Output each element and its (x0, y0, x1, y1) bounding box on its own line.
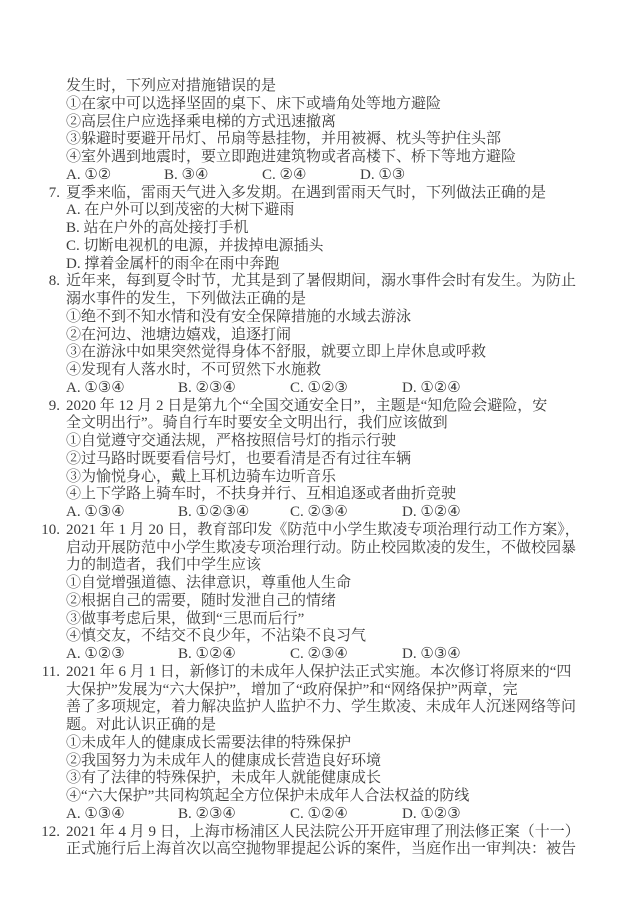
option-item: B. ②③④ (178, 380, 290, 398)
text-line: ①自觉增强道德、法律意识，尊重他人生命 (0, 575, 617, 593)
text-line: 发生时，下列应对措施错误的是 (0, 78, 617, 96)
question-text: 夏季来临，雷雨天气进入多发期。在遇到雷雨天气时，下列做法正确的是 (66, 185, 546, 201)
option-item: B. ①②③④ (178, 504, 290, 522)
text-line: 启动开展防范中小学生欺凌专项治理行动。防止校园欺凌的发生，不做校园暴 (0, 540, 617, 558)
text-line: ②在河边、池塘边嬉戏，追逐打闹 (0, 327, 617, 345)
text-line-content: ②我国努力为未成年人的健康成长营造良好环境 (66, 753, 381, 769)
text-line: ③躲避时要避开吊灯、吊扇等悬挂物，并用被褥、枕头等护住头部 (0, 131, 617, 149)
question-line: 10.2021 年 1 月 20 日，教育部印发《防范中小学生欺凌专项治理行动工… (0, 522, 617, 540)
option-item: D. ①③④ (402, 646, 514, 664)
option-item: B. ②③④ (178, 806, 290, 824)
text-line-content: ①未成年人的健康成长需要法律的特殊保护 (66, 735, 351, 751)
text-line: ④“六大保护”共同构筑起全方位保护未成年人合法权益的防线 (0, 788, 617, 806)
text-line: ③为愉悦身心，戴上耳机边骑车边听音乐 (0, 469, 617, 487)
question-number: 7. (0, 185, 60, 203)
text-line: ①未成年人的健康成长需要法律的特殊保护 (0, 735, 617, 753)
text-line: A. 在户外可以到茂密的大树下避雨 (0, 202, 617, 220)
option-item: B. ③④ (164, 167, 262, 185)
text-line-content: 善了多项规定，着力解决监护人监护不力、学生欺凌、未成年人沉迷网络等问 (66, 699, 576, 715)
question-text: 2021 年 1 月 20 日，教育部印发《防范中小学生欺凌专项治理行动工作方案… (66, 522, 580, 538)
options-row: A. ①②B. ③④C. ②④D. ①③ (0, 167, 617, 185)
option-item: D. ①③ (360, 167, 458, 185)
option-item: C. ②③④ (290, 504, 402, 522)
text-line: C. 切断电视机的电源，并拔掉电源插头 (0, 238, 617, 256)
text-line: ④上下学路上骑车时，不扶身并行、互相追逐或者曲折竞驶 (0, 486, 617, 504)
text-line-content: ①在家中可以选择坚固的桌下、床下或墙角处等地方避险 (66, 96, 441, 112)
text-line-content: 发生时，下列应对措施错误的是 (66, 78, 276, 94)
text-line-content: ④室外遇到地震时，要立即跑进建筑物或者高楼下、桥下等地方避险 (66, 149, 516, 165)
question-line: 9.2020 年 12 月 2 日是第九个“全国交通安全日”，主题是“知危险会避… (0, 398, 617, 416)
text-line: ③在游泳中如果突然觉得身体不舒服，就要立即上岸休息或呼救 (0, 344, 617, 362)
option-item: D. ①②④ (402, 380, 514, 398)
option-item: D. ①②④ (402, 504, 514, 522)
option-item: A. ①③④ (66, 806, 178, 824)
text-line-content: ①自觉遵守交通法规，严格按照信号灯的指示行驶 (66, 433, 396, 449)
text-line: ④发现有人落水时，不可贸然下水施救 (0, 362, 617, 380)
text-line: ②高层住户应选择乘电梯的方式迅速撤离 (0, 114, 617, 132)
question-line: 12.2021 年 4 月 9 日，上海市杨浦区人民法院公开开庭审理了刑法修正案… (0, 824, 617, 842)
text-line-content: ③有了法律的特殊保护，未成年人就能健康成长 (66, 770, 381, 786)
text-line: 大保护”发展为“六大保护”，增加了“政府保护”和“网络保护”两章，完 (0, 682, 617, 700)
text-line-content: ④发现有人落水时，不可贸然下水施救 (66, 362, 321, 378)
text-line: 力的制造者，我们中学生应该 (0, 557, 617, 575)
options-row: A. ①③④B. ②③④C. ①②③D. ①②④ (0, 380, 617, 398)
text-line: 正式施行后上海首次以高空抛物罪提起公诉的案件，当庭作出一审判决：被告 (0, 841, 617, 859)
text-line: D. 撑着金属杆的雨伞在雨中奔跑 (0, 256, 617, 274)
text-line-content: ②高层住户应选择乘电梯的方式迅速撤离 (66, 114, 336, 130)
text-line-content: ②根据自己的需要，随时发泄自己的情绪 (66, 593, 336, 609)
text-line-content: ④慎交友，不结交不良少年，不沾染不良习气 (66, 628, 366, 644)
text-line-content: D. 撑着金属杆的雨伞在雨中奔跑 (66, 256, 279, 272)
text-line-content: ②在河边、池塘边嬉戏，追逐打闹 (66, 327, 291, 343)
text-line-content: C. 切断电视机的电源，并拔掉电源插头 (66, 238, 324, 254)
question-line: 11.2021 年 6 月 1 日，新修订的未成年人保护法正式实施。本次修订将原… (0, 664, 617, 682)
text-line-content: ④“六大保护”共同构筑起全方位保护未成年人合法权益的防线 (66, 788, 469, 804)
text-line: ①绝不到不知水情和没有安全保障措施的水域去游泳 (0, 309, 617, 327)
text-line: ③有了法律的特殊保护，未成年人就能健康成长 (0, 770, 617, 788)
question-number: 11. (0, 664, 60, 682)
question-text: 2021 年 6 月 1 日，新修订的未成年人保护法正式实施。本次修订将原来的“… (66, 664, 571, 680)
question-number: 10. (0, 522, 60, 540)
options-row: A. ①③④B. ①②③④C. ②③④D. ①②④ (0, 504, 617, 522)
option-item: C. ①②④ (290, 806, 402, 824)
text-line: 全文明出行”。骑自行车时要安全文明出行，我们应该做到 (0, 415, 617, 433)
text-line: ②过马路时既要看信号灯，也要看清是否有过往车辆 (0, 451, 617, 469)
question-number: 8. (0, 273, 60, 291)
text-line-content: ④上下学路上骑车时，不扶身并行、互相追逐或者曲折竞驶 (66, 486, 456, 502)
question-line: 8.近年来，每到夏令时节，尤其是到了暑假期间，溺水事件会时有发生。为防止 (0, 273, 617, 291)
text-line: 题。对此认识正确的是 (0, 717, 617, 735)
text-line: ④慎交友，不结交不良少年，不沾染不良习气 (0, 628, 617, 646)
text-line: ④室外遇到地震时，要立即跑进建筑物或者高楼下、桥下等地方避险 (0, 149, 617, 167)
question-text: 2021 年 4 月 9 日，上海市杨浦区人民法院公开开庭审理了刑法修正案（十一… (66, 824, 580, 840)
text-line: 善了多项规定，着力解决监护人监护不力、学生欺凌、未成年人沉迷网络等问 (0, 699, 617, 717)
exam-document: 发生时，下列应对措施错误的是①在家中可以选择坚固的桌下、床下或墙角处等地方避险②… (0, 78, 617, 859)
text-line-content: A. 在户外可以到茂密的大树下避雨 (66, 202, 294, 218)
text-line-content: ①自觉增强道德、法律意识，尊重他人生命 (66, 575, 351, 591)
option-item: D. ①②③ (402, 806, 514, 824)
text-line-content: ②过马路时既要看信号灯，也要看清是否有过往车辆 (66, 451, 411, 467)
question-number: 12. (0, 824, 60, 842)
question-number: 9. (0, 398, 60, 416)
text-line-content: ③躲避时要避开吊灯、吊扇等悬挂物，并用被褥、枕头等护住头部 (66, 131, 501, 147)
options-row: A. ①②③B. ①②④C. ②③④D. ①③④ (0, 646, 617, 664)
option-item: B. ①②④ (178, 646, 290, 664)
option-item: C. ②③④ (290, 646, 402, 664)
text-line: ②根据自己的需要，随时发泄自己的情绪 (0, 593, 617, 611)
text-line-content: ③在游泳中如果突然觉得身体不舒服，就要立即上岸休息或呼救 (66, 344, 486, 360)
text-line: B. 站在户外的高处接打手机 (0, 220, 617, 238)
text-line-content: 正式施行后上海首次以高空抛物罪提起公诉的案件，当庭作出一审判决：被告 (66, 841, 576, 857)
question-text: 2020 年 12 月 2 日是第九个“全国交通安全日”，主题是“知危险会避险，… (66, 398, 547, 414)
text-line-content: 大保护”发展为“六大保护”，增加了“政府保护”和“网络保护”两章，完 (66, 682, 518, 698)
text-line: ①自觉遵守交通法规，严格按照信号灯的指示行驶 (0, 433, 617, 451)
option-item: A. ①③④ (66, 504, 178, 522)
text-line-content: 题。对此认识正确的是 (66, 717, 216, 733)
option-item: A. ①③④ (66, 380, 178, 398)
question-text: 近年来，每到夏令时节，尤其是到了暑假期间，溺水事件会时有发生。为防止 (66, 273, 576, 289)
text-line-content: 力的制造者，我们中学生应该 (66, 557, 261, 573)
option-item: A. ①② (66, 167, 164, 185)
options-row: A. ①③④B. ②③④C. ①②④D. ①②③ (0, 806, 617, 824)
text-line-content: ③为愉悦身心，戴上耳机边骑车边听音乐 (66, 469, 336, 485)
text-line: 溺水事件的发生，下列做法正确的是 (0, 291, 617, 309)
text-line-content: 全文明出行”。骑自行车时要安全文明出行，我们应该做到 (66, 415, 448, 431)
text-line-content: 启动开展防范中小学生欺凌专项治理行动。防止校园欺凌的发生，不做校园暴 (66, 540, 576, 556)
text-line: ③做事考虑后果，做到“三思而后行” (0, 611, 617, 629)
text-line-content: ③做事考虑后果，做到“三思而后行” (66, 611, 304, 627)
option-item: A. ①②③ (66, 646, 178, 664)
text-line-content: ①绝不到不知水情和没有安全保障措施的水域去游泳 (66, 309, 411, 325)
option-item: C. ①②③ (290, 380, 402, 398)
text-line: ①在家中可以选择坚固的桌下、床下或墙角处等地方避险 (0, 96, 617, 114)
text-line: ②我国努力为未成年人的健康成长营造良好环境 (0, 753, 617, 771)
text-line-content: 溺水事件的发生，下列做法正确的是 (66, 291, 306, 307)
question-line: 7.夏季来临，雷雨天气进入多发期。在遇到雷雨天气时，下列做法正确的是 (0, 185, 617, 203)
option-item: C. ②④ (262, 167, 360, 185)
text-line-content: B. 站在户外的高处接打手机 (66, 220, 249, 236)
